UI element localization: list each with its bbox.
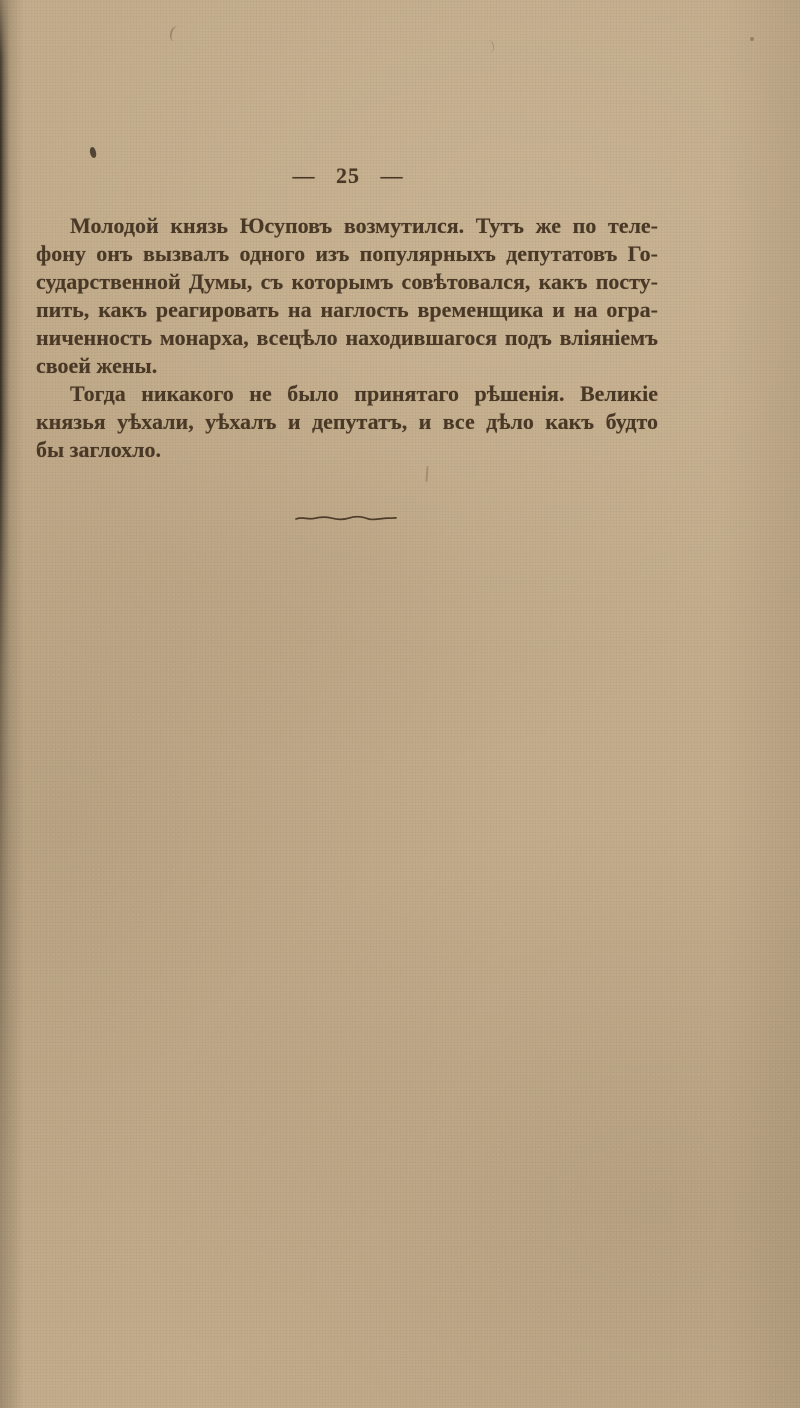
- faint-pencil-mark: [483, 39, 495, 54]
- text-line: Тогда никакого не было принятаго рѣшенія…: [36, 380, 658, 408]
- ink-speck: [88, 146, 97, 158]
- body-text: Молодой князь Юсуповъ возмутился. Тутъ ж…: [36, 212, 658, 464]
- text-line: фону онъ вызвалъ одного изъ популярныхъ …: [36, 240, 658, 268]
- text-line: сударственной Думы, съ которымъ совѣтова…: [36, 268, 658, 296]
- text-line: князья уѣхали, уѣхалъ и депутатъ, и все …: [36, 408, 658, 436]
- faint-pencil-mark: [168, 25, 184, 43]
- ink-speck: [750, 37, 754, 41]
- book-page: — 25 — Молодой князь Юсуповъ возмутился.…: [0, 0, 800, 1408]
- paper-scratch: [425, 466, 428, 482]
- gutter-shadow: [0, 0, 10, 1150]
- text-line: бы заглохло.: [36, 436, 658, 464]
- page-number: — 25 —: [36, 163, 660, 189]
- text-line: пить, какъ реагировать на наглость време…: [36, 296, 658, 324]
- paragraph-1: Молодой князь Юсуповъ возмутился. Тутъ ж…: [36, 212, 658, 380]
- squiggle-rule-icon: [294, 513, 398, 523]
- text-line: ниченность монарха, всецѣло находившагос…: [36, 324, 658, 352]
- text-line: Молодой князь Юсуповъ возмутился. Тутъ ж…: [36, 212, 658, 240]
- paragraph-2: Тогда никакого не было принятаго рѣшенія…: [36, 380, 658, 464]
- text-line: своей жены.: [36, 352, 658, 380]
